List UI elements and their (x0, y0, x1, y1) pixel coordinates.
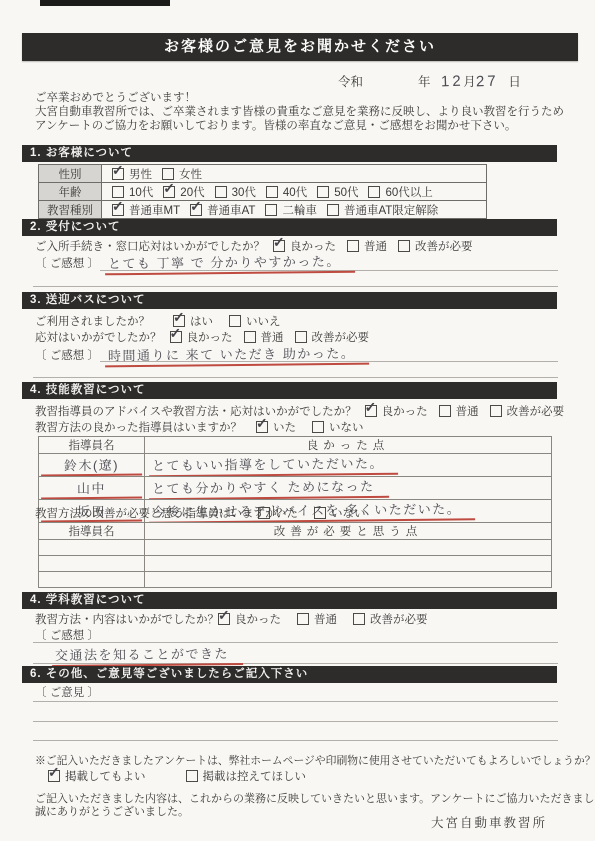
option-label: 良かった (187, 329, 233, 345)
checkbox-unchecked-icon[interactable] (317, 186, 329, 198)
checkbox-option[interactable]: いた (258, 505, 298, 521)
improve-instructor-question-row: 教習方法の改善が必要と思う指導員はいますか？ いたいない (35, 505, 382, 521)
course-type-options-cell: 普通車MT普通車AT二輪車普通車AT限定解除 (102, 201, 487, 219)
instructor-name-cell[interactable]: 鈴木(遼) (39, 454, 145, 477)
checkbox-option[interactable]: 普通 (297, 611, 337, 627)
survey-form-page: お客様のご意見をお聞かせください 令和 年 12 月 27 日 ご卒業おめでとう… (0, 0, 595, 841)
checkbox-unchecked-icon[interactable] (186, 770, 198, 782)
option-label: いた (275, 505, 298, 521)
option-label: 良かった (382, 403, 428, 419)
comment-cell[interactable] (145, 572, 552, 588)
option-label: 掲載は控えてほしい (203, 768, 307, 784)
comment-label: 〔 ご感想 〕 (35, 255, 99, 271)
scan-artifact (40, 0, 170, 6)
checkbox-option[interactable]: 50代 (317, 184, 358, 200)
ruled-line (33, 642, 558, 643)
academic-options: 良かった普通改善が必要 (218, 611, 444, 627)
age-label: 年齢 (39, 183, 102, 201)
publication-permission-note: ※ご記入いただきましたアンケートは、弊社ホームページや印刷物に使用させていただい… (35, 753, 595, 768)
checkbox-option[interactable]: 良かった (365, 403, 428, 419)
reception-comment-row: 〔 ご感想 〕 とても 丁寧 で 分かりやすかった。 (35, 252, 355, 274)
bus-used-question: ご利用されましたか？ (35, 313, 165, 329)
customer-info-table: 性別 男性女性 年齢 10代20代30代40代50代60代以上 教習種別 普通車… (38, 164, 487, 219)
intro-line: アンケートのご協力をお願いしております。皆様の率直なご意見・ご感想をお聞かせ下さ… (35, 120, 564, 134)
checkbox-unchecked-icon[interactable] (439, 405, 451, 417)
comment-label: 〔 ご感想 〕 (35, 347, 99, 363)
instructor-advice-options: 良かった普通改善が必要 (365, 403, 576, 419)
table-row: 性別 男性女性 (39, 165, 487, 183)
checkbox-checked-icon[interactable] (256, 421, 268, 433)
section3-header: 3. 送迎バスについて (22, 292, 557, 309)
age-options-cell: 10代20代30代40代50代60代以上 (102, 183, 487, 201)
instructor-advice-question-row: 教習指導員のアドバイスや教習方法・応対はいかがでしたか？ 良かった普通改善が必要 (35, 403, 575, 419)
checkbox-option[interactable]: 良かった (218, 611, 281, 627)
option-label: 普通車AT限定解除 (344, 202, 438, 218)
section6-header: 6. その他、ご意見等ございましたらご記入下さい (22, 666, 557, 683)
checkbox-checked-icon[interactable] (163, 186, 175, 198)
checkbox-unchecked-icon[interactable] (265, 204, 277, 216)
option-label: 10代 (129, 184, 153, 200)
other-opinion-label-row: 〔 ご意見 〕 (35, 684, 105, 700)
course-type-options: 普通車MT普通車AT二輪車普通車AT限定解除 (112, 202, 448, 218)
date-era-label: 令和 (338, 72, 363, 90)
academic-question-row: 教習方法・内容はいかがでしたか？ 良かった普通改善が必要 (35, 611, 444, 627)
instructor-name-column-header: 指導員名 (39, 523, 145, 540)
publication-permission-options: 掲載してもよい掲載は控えてほしい (48, 768, 346, 784)
option-label: 50代 (334, 184, 358, 200)
option-label: 60代以上 (385, 184, 432, 200)
option-label: いいえ (246, 313, 281, 329)
ruled-line (33, 377, 558, 378)
checkbox-checked-icon[interactable] (190, 204, 202, 216)
checkbox-option[interactable]: 普通車MT (112, 202, 180, 218)
academic-comment-label-row: 〔 ご感想 〕 (35, 627, 105, 643)
option-label: 普通 (364, 238, 387, 254)
checkbox-checked-icon[interactable] (112, 168, 124, 180)
checkbox-option[interactable]: 良かった (170, 329, 233, 345)
instructor-name-cell[interactable]: 山中 (39, 477, 145, 500)
option-label: 普通 (456, 403, 479, 419)
option-label: いない (329, 419, 364, 435)
bus-service-question: 応対はいかがでしたか？ (35, 329, 162, 345)
checkbox-unchecked-icon[interactable] (229, 315, 241, 327)
instructor-name-cell[interactable] (39, 540, 145, 556)
checkbox-checked-icon[interactable] (365, 405, 377, 417)
bus-comment-row: 〔 ご感想 〕 時間通りに 来て いただき 助かった。 (35, 344, 369, 366)
checkbox-option[interactable]: いない (314, 505, 366, 521)
gender-options-cell: 男性女性 (102, 165, 487, 183)
table-row (39, 540, 552, 556)
table-row: 山中とても分かりやすく ためになった (39, 477, 552, 500)
checkbox-unchecked-icon[interactable] (327, 204, 339, 216)
checkbox-unchecked-icon[interactable] (244, 331, 256, 343)
checkbox-unchecked-icon[interactable] (266, 186, 278, 198)
good-instructor-question-row: 教習方法の良かった指導員はいますか？ いたいない (35, 419, 380, 435)
bus-used-options: はいいいえ (173, 313, 297, 329)
option-label: 40代 (283, 184, 307, 200)
reception-comment-handwritten: とても 丁寧 で 分かりやすかった。 (105, 251, 355, 276)
option-label: はい (190, 313, 213, 329)
checkbox-option[interactable]: 40代 (266, 184, 307, 200)
checkbox-unchecked-icon[interactable] (314, 507, 326, 519)
company-name: 大宮自動車教習所 (350, 813, 547, 831)
gender-label: 性別 (39, 165, 102, 183)
academic-question: 教習方法・内容はいかがでしたか？ (35, 611, 210, 627)
option-label: いた (273, 419, 296, 435)
academic-comment-row: 交通法を知ることができた (52, 644, 243, 666)
instructor-name-column-header: 指導員名 (39, 437, 145, 454)
table-header-row: 指導員名 良かった点 (39, 437, 552, 454)
checkbox-option[interactable]: 60代以上 (368, 184, 432, 200)
checkbox-option[interactable]: 普通 (439, 403, 479, 419)
intro-line: ご卒業おめでとうございます！ (35, 92, 564, 106)
option-label: 普通車MT (129, 202, 180, 218)
section4-header: 4. 技能教習について (22, 382, 557, 399)
checkbox-unchecked-icon[interactable] (112, 186, 124, 198)
comment-handwritten: とても分かりやすく ためになった (149, 477, 389, 500)
table-header-row: 指導員名 改善が必要と思う点 (39, 523, 552, 540)
option-label: 普通 (314, 611, 337, 627)
intro-line: 大宮自動車教習所では、ご卒業されます皆様の貴重なご意見を業務に反映し、より良い教… (35, 106, 564, 120)
improve-instructor-table: 指導員名 改善が必要と思う点 (38, 522, 552, 588)
option-label: 30代 (232, 184, 256, 200)
section5-header: 4. 学科教習について (22, 592, 557, 609)
checkbox-unchecked-icon[interactable] (297, 613, 309, 625)
checkbox-checked-icon[interactable] (170, 331, 182, 343)
checkbox-checked-icon[interactable] (48, 770, 60, 782)
checkbox-option[interactable]: 普通車AT限定解除 (327, 202, 438, 218)
date-row: 令和 年 12 月 27 日 (338, 72, 521, 90)
ruled-line (33, 286, 558, 287)
section1-header: 1. お客様について (22, 145, 557, 162)
option-label: 男性 (129, 166, 152, 182)
checkbox-option[interactable]: いない (312, 419, 364, 435)
option-label: 普通車AT (207, 202, 255, 218)
checkbox-option[interactable]: 男性 (112, 166, 152, 182)
option-label: 改善が必要 (415, 238, 473, 254)
checkbox-checked-icon[interactable] (218, 613, 230, 625)
checkbox-option[interactable]: 改善が必要 (353, 611, 428, 627)
publication-permission-options-row: 掲載してもよい掲載は控えてほしい (48, 768, 346, 784)
checkbox-unchecked-icon[interactable] (368, 186, 380, 198)
checkbox-unchecked-icon[interactable] (353, 613, 365, 625)
comment-cell[interactable]: とてもいい指導をしていただいた。 (145, 454, 552, 477)
checkbox-unchecked-icon[interactable] (162, 168, 174, 180)
checkbox-unchecked-icon[interactable] (398, 240, 410, 252)
form-title: お客様のご意見をお聞かせください (164, 38, 436, 55)
date-month-value-handwritten: 12 (440, 73, 463, 91)
form-title-bar: お客様のご意見をお聞かせください (22, 33, 578, 61)
checkbox-option[interactable]: 掲載は控えてほしい (186, 768, 307, 784)
good-instructor-question: 教習方法の良かった指導員はいますか？ (35, 419, 248, 435)
comment-cell[interactable]: とても分かりやすく ためになった (145, 477, 552, 500)
good-point-column-header: 良かった点 (145, 437, 552, 454)
comment-cell[interactable] (145, 556, 552, 572)
checkbox-option[interactable]: 掲載してもよい (48, 768, 146, 784)
comment-label: 〔 ご感想 〕 (35, 627, 99, 643)
checkbox-option[interactable]: 二輪車 (265, 202, 317, 218)
checkbox-option[interactable]: 改善が必要 (490, 403, 565, 419)
checkbox-unchecked-icon[interactable] (295, 331, 307, 343)
checkbox-unchecked-icon[interactable] (312, 421, 324, 433)
option-label: 女性 (179, 166, 202, 182)
option-label: いない (331, 505, 366, 521)
section2-header: 2. 受付について (22, 219, 557, 236)
instructor-name-handwritten: 鈴木(遼) (41, 454, 142, 476)
checkbox-option[interactable]: いた (256, 419, 296, 435)
intro-text: ご卒業おめでとうございます！ 大宮自動車教習所では、ご卒業されます皆様の貴重なご… (35, 92, 564, 133)
instructor-name-cell[interactable] (39, 572, 145, 588)
checkbox-checked-icon[interactable] (112, 204, 124, 216)
comment-handwritten: とてもいい指導をしていただいた。 (149, 454, 398, 477)
closing-text-line: 誠にありがとうございました。 (35, 803, 189, 819)
improve-instructor-options: いたいない (258, 505, 382, 521)
gender-options: 男性女性 (112, 166, 212, 182)
checkbox-option[interactable]: 30代 (215, 184, 256, 200)
course-type-label: 教習種別 (39, 201, 102, 219)
checkbox-option[interactable]: 改善が必要 (398, 238, 473, 254)
age-options: 10代20代30代40代50代60代以上 (112, 184, 443, 200)
checkbox-option[interactable]: いいえ (229, 313, 281, 329)
opinion-label: 〔 ご意見 〕 (35, 684, 99, 700)
option-label: 良かった (235, 611, 281, 627)
table-row: 年齢 10代20代30代40代50代60代以上 (39, 183, 487, 201)
table-row: 教習種別 普通車MT普通車AT二輪車普通車AT限定解除 (39, 201, 487, 219)
instructor-name-cell[interactable] (39, 556, 145, 572)
ruled-line (33, 740, 558, 741)
date-day-value-handwritten: 27 (475, 73, 498, 91)
good-instructor-options: いたいない (256, 419, 380, 435)
academic-comment-handwritten: 交通法を知ることができた (52, 643, 243, 667)
ruled-line (33, 721, 558, 722)
date-year-label: 年 (418, 72, 431, 90)
date-month-label: 月 (463, 72, 476, 90)
checkbox-unchecked-icon[interactable] (490, 405, 502, 417)
bus-comment-handwritten: 時間通りに 来て いただき 助かった。 (105, 343, 370, 368)
checkbox-option[interactable]: 普通車AT (190, 202, 255, 218)
instructor-name-handwritten: 山中 (41, 477, 142, 499)
improve-point-column-header: 改善が必要と思う点 (145, 523, 552, 540)
bus-used-question-row: ご利用されましたか？ はいいいえ (35, 313, 297, 329)
table-row: 鈴木(遼)とてもいい指導をしていただいた。 (39, 454, 552, 477)
option-label: 掲載してもよい (65, 768, 146, 784)
checkbox-checked-icon[interactable] (273, 240, 285, 252)
date-day-label: 日 (508, 72, 521, 90)
option-label: 二輪車 (282, 202, 317, 218)
instructor-advice-question: 教習指導員のアドバイスや教習方法・応対はいかがでしたか？ (35, 403, 357, 419)
comment-cell[interactable] (145, 540, 552, 556)
checkbox-unchecked-icon[interactable] (215, 186, 227, 198)
improve-instructor-rows (39, 540, 552, 588)
improve-instructor-question: 教習方法の改善が必要と思う指導員はいますか？ (35, 505, 250, 521)
table-row (39, 556, 552, 572)
checkbox-unchecked-icon[interactable] (258, 507, 270, 519)
option-label: 改善が必要 (370, 611, 428, 627)
option-label: 改善が必要 (507, 403, 565, 419)
table-row (39, 572, 552, 588)
ruled-line (33, 701, 558, 702)
